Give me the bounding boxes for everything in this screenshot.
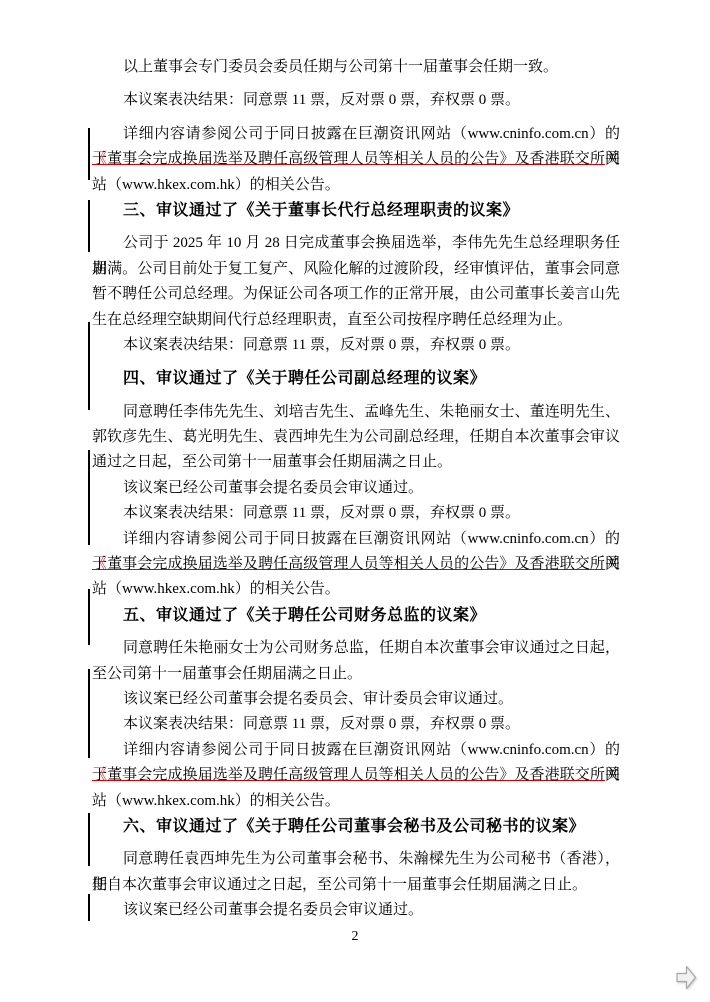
text-segment: 本议案表决结果：同意票 11 票，反对票 0 票，弃权票 0 票。 bbox=[123, 716, 520, 732]
revision-bar bbox=[88, 128, 90, 180]
text-line: 站（www.hkex.com.hk）的相关公告。 bbox=[92, 173, 620, 198]
text-segment: 详细内容请参阅公司于同日披露在巨潮资讯网站（www.cninfo.com.cn）… bbox=[123, 742, 620, 758]
text-segment: 本议案表决结果：同意票 11 票，反对票 0 票，弃权票 0 票。 bbox=[123, 92, 520, 108]
text-line: 期自本次董事会审议通过之日起，至公司第十一届董事会任期届满之日止。 bbox=[92, 873, 620, 898]
text-segment: 郭钦彦先生、葛光明先生、袁西坤先生为公司副总经理，任期自本次董事会审议 bbox=[92, 429, 620, 445]
text-line: 三、审议通过了《关于董事长代行总经理职责的议案》 bbox=[92, 198, 620, 223]
document-page: 以上董事会专门委员会委员任期与公司第十一届董事会任期一致。本议案表决结果：同意票… bbox=[0, 0, 710, 1002]
heading-item-6: 六、审议通过了《关于聘任公司董事会秘书及公司秘书的议案》 bbox=[92, 814, 620, 839]
text-line: 于董事会完成换届选举及聘任高级管理人员等相关人员的公告》及香港联交所网 bbox=[92, 552, 620, 577]
text-line: 同意聘任朱艳丽女士为公司财务总监，任期自本次董事会审议通过之日起， bbox=[92, 636, 620, 661]
revision-bar bbox=[88, 589, 90, 645]
text-line: 站（www.hkex.com.hk）的相关公告。 bbox=[92, 577, 620, 602]
para-vote-result-2: 本议案表决结果：同意票 11 票，反对票 0 票，弃权票 0 票。 bbox=[92, 88, 620, 113]
heading-item-5: 五、审议通过了《关于聘任公司财务总监的议案》 bbox=[92, 603, 620, 628]
text-line: 届满。公司目前处于复工复产、风险化解的过渡阶段，经审慎评估，董事会同意 bbox=[92, 257, 620, 282]
text-segment: 本议案表决结果：同意票 11 票，反对票 0 票，弃权票 0 票。 bbox=[123, 337, 520, 353]
text-segment: 该议案已经公司董事会提名委员会、审计委员会审议通过。 bbox=[123, 691, 513, 707]
text-segment: 站（www.hkex.com.hk）的相关公告。 bbox=[92, 177, 340, 193]
text-line: 四、审议通过了《关于聘任公司副总经理的议案》 bbox=[92, 366, 620, 391]
para-vote-result-5: 本议案表决结果：同意票 11 票，反对票 0 票，弃权票 0 票。 bbox=[92, 712, 620, 737]
text-line: 同意聘任李伟先先生、刘培吉先生、孟峰先生、朱艳丽女士、董连明先生、 bbox=[92, 400, 620, 425]
text-segment: 于董事会完成换届选举及聘任高级管理人员等相关人员的公告》及香港联交所网 bbox=[92, 767, 620, 783]
revision-bar bbox=[88, 813, 90, 866]
text-line: 六、审议通过了《关于聘任公司董事会秘书及公司秘书的议案》 bbox=[92, 814, 620, 839]
text-segment: 本议案表决结果：同意票 11 票，反对票 0 票，弃权票 0 票。 bbox=[123, 505, 520, 521]
text-segment: 四、审议通过了《关于聘任公司副总经理的议案》 bbox=[123, 370, 486, 387]
text-segment: 至公司第十一届董事会任期届满之日止。 bbox=[92, 666, 362, 682]
text-line: 该议案已经公司董事会提名委员会、审计委员会审议通过。 bbox=[92, 687, 620, 712]
text-line: 于董事会完成换届选举及聘任高级管理人员等相关人员的公告》及香港联交所网 bbox=[92, 147, 620, 172]
para-detail-disclosure-2: 详细内容请参阅公司于同日披露在巨潮资讯网站（www.cninfo.com.cn）… bbox=[92, 527, 620, 603]
text-segment: 同意聘任李伟先先生、刘培吉先生、孟峰先生、朱艳丽女士、董连明先生、 bbox=[123, 404, 620, 420]
text-segment: 该议案已经公司董事会提名委员会审议通过。 bbox=[123, 902, 423, 918]
para-item-6-nomination: 该议案已经公司董事会提名委员会审议通过。 bbox=[92, 898, 620, 923]
text-line: 以上董事会专门委员会委员任期与公司第十一届董事会任期一致。 bbox=[92, 55, 620, 80]
text-segment: 三、审议通过了《关于董事长代行总经理职责的议案》 bbox=[123, 202, 519, 219]
text-line: 站（www.hkex.com.hk）的相关公告。 bbox=[92, 789, 620, 814]
text-segment: 详细内容请参阅公司于同日披露在巨潮资讯网站（www.cninfo.com.cn）… bbox=[123, 126, 620, 142]
para-item-5-body: 同意聘任朱艳丽女士为公司财务总监，任期自本次董事会审议通过之日起，至公司第十一届… bbox=[92, 636, 620, 687]
revision-bar bbox=[88, 894, 90, 921]
document-body: 以上董事会专门委员会委员任期与公司第十一届董事会任期一致。本议案表决结果：同意票… bbox=[92, 55, 620, 924]
para-detail-disclosure-3: 详细内容请参阅公司于同日披露在巨潮资讯网站（www.cninfo.com.cn）… bbox=[92, 738, 620, 814]
text-segment: 暂不聘任公司总经理。为保证公司各项工作的正常开展，由公司董事长姜言山先 bbox=[92, 286, 620, 302]
text-line: 本议案表决结果：同意票 11 票，反对票 0 票，弃权票 0 票。 bbox=[92, 501, 620, 526]
text-segment: 六、审议通过了《关于聘任公司董事会秘书及公司秘书的议案》 bbox=[123, 818, 585, 835]
text-segment: 该议案已经公司董事会提名委员会审议通过。 bbox=[123, 480, 423, 496]
heading-item-4: 四、审议通过了《关于聘任公司副总经理的议案》 bbox=[92, 366, 620, 391]
para-detail-disclosure-1: 详细内容请参阅公司于同日披露在巨潮资讯网站（www.cninfo.com.cn）… bbox=[92, 122, 620, 198]
text-line: 该议案已经公司董事会提名委员会审议通过。 bbox=[92, 898, 620, 923]
text-segment: 于董事会完成换届选举及聘任高级管理人员等相关人员的公告》及香港联交所网 bbox=[92, 556, 620, 572]
text-line: 本议案表决结果：同意票 11 票，反对票 0 票，弃权票 0 票。 bbox=[92, 712, 620, 737]
text-segment: 详细内容请参阅公司于同日披露在巨潮资讯网站（www.cninfo.com.cn）… bbox=[123, 531, 620, 547]
para-item-6-body: 同意聘任袁西坤先生为公司董事会秘书、朱瀚樑先生为公司秘书（香港），任期自本次董事… bbox=[92, 847, 620, 898]
para-vote-result-4: 本议案表决结果：同意票 11 票，反对票 0 票，弃权票 0 票。 bbox=[92, 501, 620, 526]
text-line: 五、审议通过了《关于聘任公司财务总监的议案》 bbox=[92, 603, 620, 628]
text-line: 暂不聘任公司总经理。为保证公司各项工作的正常开展，由公司董事长姜言山先 bbox=[92, 282, 620, 307]
text-segment: 生在总经理空缺期间代行总经理职责，直至公司按程序聘任总经理为止。 bbox=[92, 312, 572, 328]
text-segment: 通过之日起，至公司第十一届董事会任期届满之日止。 bbox=[92, 454, 452, 470]
page-number: 2 bbox=[0, 928, 710, 946]
text-line: 公司于 2025 年 10 月 28 日完成董事会换届选举，李伟先先生总经理职务… bbox=[92, 231, 620, 256]
text-line: 详细内容请参阅公司于同日披露在巨潮资讯网站（www.cninfo.com.cn）… bbox=[92, 738, 620, 763]
text-segment: 站（www.hkex.com.hk）的相关公告。 bbox=[92, 793, 340, 809]
text-line: 详细内容请参阅公司于同日披露在巨潮资讯网站（www.cninfo.com.cn）… bbox=[92, 122, 620, 147]
text-segment: 以上董事会专门委员会委员任期与公司第十一届董事会任期一致。 bbox=[123, 59, 558, 75]
text-line: 通过之日起，至公司第十一届董事会任期届满之日止。 bbox=[92, 450, 620, 475]
text-line: 至公司第十一届董事会任期届满之日止。 bbox=[92, 662, 620, 687]
text-line: 详细内容请参阅公司于同日披露在巨潮资讯网站（www.cninfo.com.cn）… bbox=[92, 527, 620, 552]
para-item-3-body: 公司于 2025 年 10 月 28 日完成董事会换届选举，李伟先先生总经理职务… bbox=[92, 231, 620, 333]
text-line: 同意聘任袁西坤先生为公司董事会秘书、朱瀚樑先生为公司秘书（香港），任 bbox=[92, 847, 620, 872]
text-segment: 站（www.hkex.com.hk）的相关公告。 bbox=[92, 581, 340, 597]
text-line: 于董事会完成换届选举及聘任高级管理人员等相关人员的公告》及香港联交所网 bbox=[92, 763, 620, 788]
para-item-5-nomination: 该议案已经公司董事会提名委员会、审计委员会审议通过。 bbox=[92, 687, 620, 712]
text-line: 本议案表决结果：同意票 11 票，反对票 0 票，弃权票 0 票。 bbox=[92, 88, 620, 113]
text-segment: 期自本次董事会审议通过之日起，至公司第十一届董事会任期届满之日止。 bbox=[92, 877, 587, 893]
revision-bar bbox=[88, 669, 90, 758]
text-segment: 同意聘任朱艳丽女士为公司财务总监，任期自本次董事会审议通过之日起， bbox=[123, 640, 620, 656]
text-line: 郭钦彦先生、葛光明先生、袁西坤先生为公司副总经理，任期自本次董事会审议 bbox=[92, 425, 620, 450]
para-item-4-nomination: 该议案已经公司董事会提名委员会审议通过。 bbox=[92, 476, 620, 501]
para-item-4-body: 同意聘任李伟先先生、刘培吉先生、孟峰先生、朱艳丽女士、董连明先生、郭钦彦先生、葛… bbox=[92, 400, 620, 476]
text-line: 生在总经理空缺期间代行总经理职责，直至公司按程序聘任总经理为止。 bbox=[92, 308, 620, 333]
revision-bar bbox=[88, 450, 90, 545]
para-vote-result-3: 本议案表决结果：同意票 11 票，反对票 0 票，弃权票 0 票。 bbox=[92, 333, 620, 358]
next-page-button[interactable] bbox=[675, 963, 698, 992]
heading-item-3: 三、审议通过了《关于董事长代行总经理职责的议案》 bbox=[92, 198, 620, 223]
text-segment: 于董事会完成换届选举及聘任高级管理人员等相关人员的公告》及香港联交所网 bbox=[92, 151, 620, 167]
text-line: 本议案表决结果：同意票 11 票，反对票 0 票，弃权票 0 票。 bbox=[92, 333, 620, 358]
revision-bar bbox=[88, 322, 90, 410]
text-segment: 五、审议通过了《关于聘任公司财务总监的议案》 bbox=[123, 607, 486, 624]
revision-bar bbox=[88, 200, 90, 252]
right-arrow-icon bbox=[675, 963, 698, 992]
para-committee-term: 以上董事会专门委员会委员任期与公司第十一届董事会任期一致。 bbox=[92, 55, 620, 80]
text-line: 该议案已经公司董事会提名委员会审议通过。 bbox=[92, 476, 620, 501]
text-segment: 届满。公司目前处于复工复产、风险化解的过渡阶段，经审慎评估，董事会同意 bbox=[92, 261, 620, 277]
